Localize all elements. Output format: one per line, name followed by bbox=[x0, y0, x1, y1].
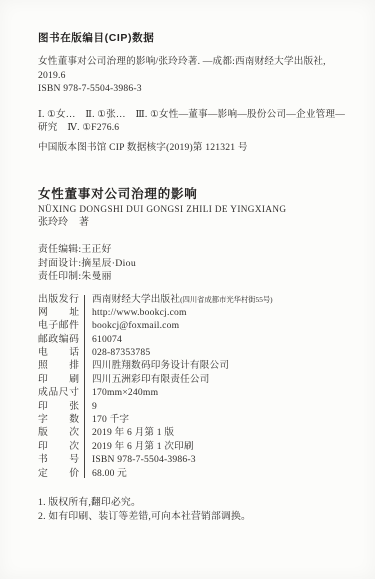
publication-value: 610074 bbox=[92, 333, 122, 346]
cip-header: 图书在版编目(CIP)数据 bbox=[38, 32, 345, 45]
publication-label: 印刷 bbox=[38, 373, 79, 386]
credit-line: 责任编辑:王正好 bbox=[38, 243, 345, 257]
publication-value: 9 bbox=[92, 400, 97, 413]
publication-label: 定价 bbox=[38, 467, 79, 480]
publication-label: 网址 bbox=[38, 306, 79, 319]
publication-value: 四川胜翔数码印务设计有限公司 bbox=[92, 359, 229, 372]
author-role: 著 bbox=[79, 217, 89, 228]
publication-value: 170 千字 bbox=[92, 413, 129, 426]
note-line: 1. 版权所有,翻印必究。 bbox=[38, 496, 345, 510]
publication-table: 出版发行西南财经大学出版社(四川省成都市光华村街55号)网址http://www… bbox=[38, 293, 345, 480]
publication-label: 照排 bbox=[38, 359, 79, 372]
publication-label: 书号 bbox=[38, 453, 79, 466]
book-copyright-page: 图书在版编目(CIP)数据 女性董事对公司治理的影响/张玲玲著. —成都:西南财… bbox=[0, 0, 375, 579]
cip-classification: Ⅰ. ①女… Ⅱ. ①张… Ⅲ. ①女性—董事—影响—股份公司—企业管理—研究 … bbox=[38, 108, 345, 135]
credits-block: 责任编辑:王正好封面设计:摘星辰·Diou责任印制:朱曼丽 bbox=[38, 243, 345, 284]
cip-description-line: ISBN 978-7-5504-3986-3 bbox=[38, 82, 345, 96]
credit-line: 封面设计:摘星辰·Diou bbox=[38, 257, 345, 271]
publication-value: ISBN 978-7-5504-3986-3 bbox=[92, 453, 196, 466]
cip-record-number: 中国版本图书馆 CIP 数据核字(2019)第 121321 号 bbox=[38, 141, 345, 155]
cip-classification-line: 研究 Ⅳ. ①F276.6 bbox=[38, 121, 345, 135]
credit-line: 责任印制:朱曼丽 bbox=[38, 270, 345, 284]
publication-value: bookcj@foxmail.com bbox=[92, 319, 179, 332]
book-title-pinyin: NÜXING DONGSHI DUI GONGSI ZHILI DE YINGX… bbox=[38, 203, 345, 215]
publication-label: 成品尺寸 bbox=[38, 386, 79, 399]
publication-label: 版次 bbox=[38, 426, 79, 439]
cip-description-line: 2019.6 bbox=[38, 69, 345, 83]
title-block: 女性董事对公司治理的影响 NÜXING DONGSHI DUI GONGSI Z… bbox=[38, 187, 345, 229]
publication-label: 字数 bbox=[38, 413, 79, 426]
publication-label: 出版发行 bbox=[38, 293, 79, 306]
publication-value: 西南财经大学出版社(四川省成都市光华村街55号) bbox=[92, 293, 273, 306]
author-line: 张玲玲著 bbox=[38, 216, 345, 229]
book-title: 女性董事对公司治理的影响 bbox=[38, 187, 345, 202]
publication-label: 印张 bbox=[38, 400, 79, 413]
author-name: 张玲玲 bbox=[38, 217, 68, 228]
publication-value: 028-87353785 bbox=[92, 346, 150, 359]
publication-label: 电话 bbox=[38, 346, 79, 359]
notes-block: 1. 版权所有,翻印必究。2. 如有印刷、装订等差错,可向本社营销部调换。 bbox=[38, 496, 345, 524]
publication-label: 印次 bbox=[38, 440, 79, 453]
publication-label: 邮政编码 bbox=[38, 333, 79, 346]
cip-block: 图书在版编目(CIP)数据 女性董事对公司治理的影响/张玲玲著. —成都:西南财… bbox=[38, 32, 345, 154]
publication-value-note: (四川省成都市光华村街55号) bbox=[180, 295, 272, 304]
publication-value: 2019 年 6 月第 1 次印刷 bbox=[92, 440, 194, 453]
publication-value: 2019 年 6 月第 1 版 bbox=[92, 426, 174, 439]
publication-value: 四川五洲彩印有限责任公司 bbox=[92, 373, 210, 386]
note-line: 2. 如有印刷、装订等差错,可向本社营销部调换。 bbox=[38, 510, 345, 524]
publication-label: 电子邮件 bbox=[38, 319, 79, 332]
cip-classification-line: Ⅰ. ①女… Ⅱ. ①张… Ⅲ. ①女性—董事—影响—股份公司—企业管理— bbox=[38, 108, 345, 122]
publication-value: 68.00 元 bbox=[92, 467, 127, 480]
cip-description: 女性董事对公司治理的影响/张玲玲著. —成都:西南财经大学出版社,2019.6I… bbox=[38, 55, 345, 96]
cip-description-line: 女性董事对公司治理的影响/张玲玲著. —成都:西南财经大学出版社, bbox=[38, 55, 345, 69]
publication-value: http://www.bookcj.com bbox=[92, 306, 187, 319]
table-divider-line bbox=[84, 295, 85, 478]
publication-value: 170mm×240mm bbox=[92, 386, 158, 399]
